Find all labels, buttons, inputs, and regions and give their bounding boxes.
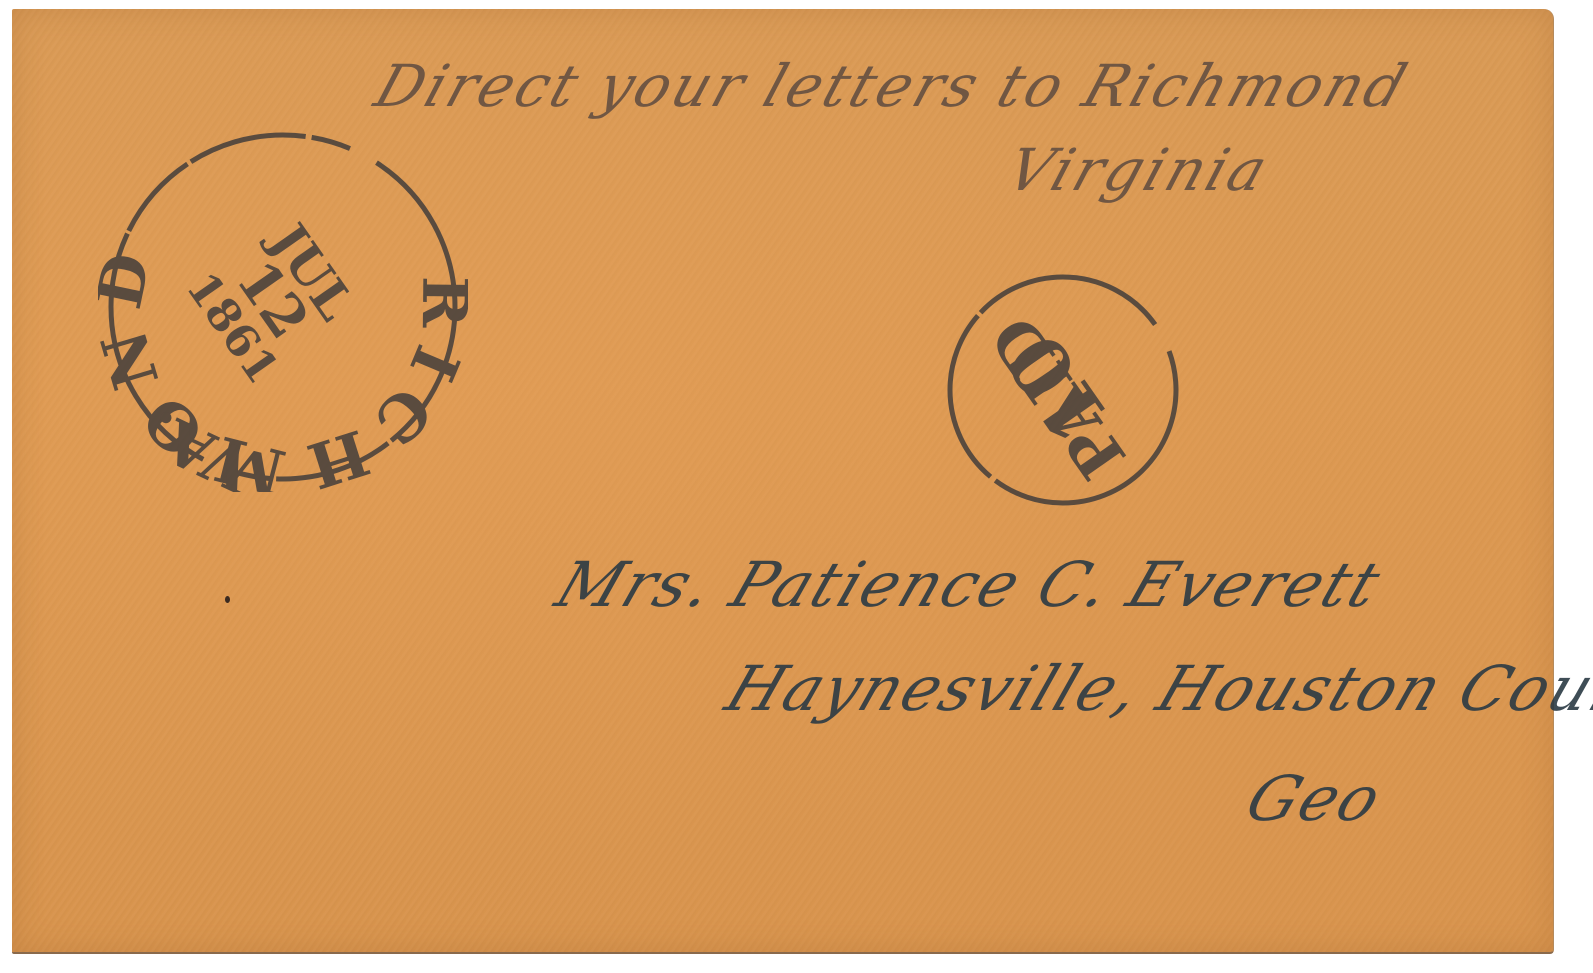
ink-speck [225, 596, 230, 603]
address-line1: Mrs. Patience C. Everett [547, 548, 1392, 621]
manuscript-directive-line1: Direct your letters to Richmond [367, 52, 1418, 120]
paid-10-handstamp: PAID 10 [940, 265, 1190, 515]
address-line2: Haynesville, Houston County [717, 652, 1593, 725]
address-line3: Geo [1237, 762, 1393, 835]
manuscript-directive-line2: Virginia [999, 136, 1278, 204]
richmond-postmark: RICHMOND VA. JUL 12 1861 [98, 122, 468, 492]
